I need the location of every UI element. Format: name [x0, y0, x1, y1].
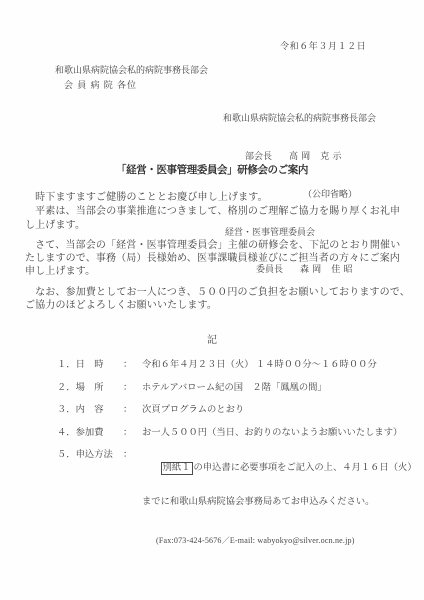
- item-label: ２．場 所: [57, 382, 123, 395]
- item-colon: ：: [123, 449, 142, 462]
- fee-note-paragraph: なお、参加費としてお一人につき、５００円のご負担をお願いしておりますので、 ご協…: [25, 287, 410, 313]
- list-item-place: ２．場 所：ホテルアバローム紀の国 ２階「鳳凰の間」: [57, 382, 407, 395]
- list-item-application: ５．申込方法： 別紙１の申込書に必要事項をご記入の上、４月１６日（火） までに和…: [57, 449, 407, 573]
- attachment-ref-box: 別紙１: [161, 462, 193, 475]
- item-colon: ：: [123, 404, 142, 417]
- sender-role-1: 部会長: [245, 151, 272, 161]
- scanned-letter-page: 令和６年３月１２日 和歌山県病院協会私的病院事務長部会 会 員 病 院 各位 和…: [0, 0, 424, 600]
- document-date: 令和６年３月１２日: [280, 39, 366, 52]
- document-title: 「経営・医事管理委員会」研修会のご案内: [0, 162, 424, 177]
- item-value-program: 次頁プログラムのとおり: [142, 404, 407, 417]
- item-value-fee: お一人５００円（当日、お釣りのないようお願いいたします）: [142, 427, 407, 440]
- item-colon: ：: [123, 382, 142, 395]
- sender-role-line-1: 部会長高 岡 克 示: [245, 150, 376, 163]
- addressee-organization: 和歌山県病院協会私的病院事務長部会: [55, 63, 208, 78]
- fax-email-line: (Fax:073-424-5676／E-mail: wabyokyo@silve…: [156, 535, 417, 548]
- record-marker: 記: [0, 331, 424, 346]
- item-label: ４．参加費: [57, 427, 123, 440]
- greeting-paragraph: 時下ますますご健勝のこととお慶び申し上げます。 平素は、当部会の事業推進につきま…: [25, 191, 400, 232]
- list-item-fee: ４．参加費：お一人５００円（当日、お釣りのないようお願いいたします）: [57, 427, 407, 440]
- item-value-place: ホテルアバローム紀の国 ２階「鳳凰の間」: [142, 382, 407, 395]
- item-value-datetime: 令和６年４月２３日（火） １４時００分～１６時００分: [142, 359, 407, 372]
- item-label: ５．申込方法: [57, 449, 123, 462]
- list-item-content: ３．内 容：次頁プログラムのとおり: [57, 404, 407, 417]
- item-colon: ：: [123, 359, 142, 372]
- application-line-2: までに和歌山県病院協会事務局あてお申込みください。: [142, 496, 417, 509]
- announcement-paragraph: さて、当部会の「経営・医事管理委員会」主催の研修会を、下記のとおり開催い たしま…: [25, 239, 400, 278]
- addressee-members: 会 員 病 院 各位: [64, 78, 208, 93]
- item-label: ３．内 容: [57, 404, 123, 417]
- item-colon: ：: [123, 427, 142, 440]
- sender-organization-1: 和歌山県病院協会私的病院事務長部会: [223, 112, 376, 125]
- item-value-application: 別紙１の申込書に必要事項をご記入の上、４月１６日（火） までに和歌山県病院協会事…: [142, 449, 417, 573]
- application-line-1-text: の申込書に必要事項をご記入の上、４月１６日（火）: [194, 463, 417, 473]
- list-item-date: １．日 時：令和６年４月２３日（火） １４時００分～１６時００分: [57, 359, 407, 372]
- details-list: １．日 時：令和６年４月２３日（火） １４時００分～１６時００分 ２．場 所：ホ…: [57, 359, 407, 583]
- item-label: １．日 時: [57, 359, 123, 372]
- addressee-block: 和歌山県病院協会私的病院事務長部会 会 員 病 院 各位: [55, 63, 208, 93]
- sender-name-1: 高 岡 克 示: [289, 151, 342, 161]
- application-line-1: 別紙１の申込書に必要事項をご記入の上、４月１６日（火）: [161, 463, 417, 473]
